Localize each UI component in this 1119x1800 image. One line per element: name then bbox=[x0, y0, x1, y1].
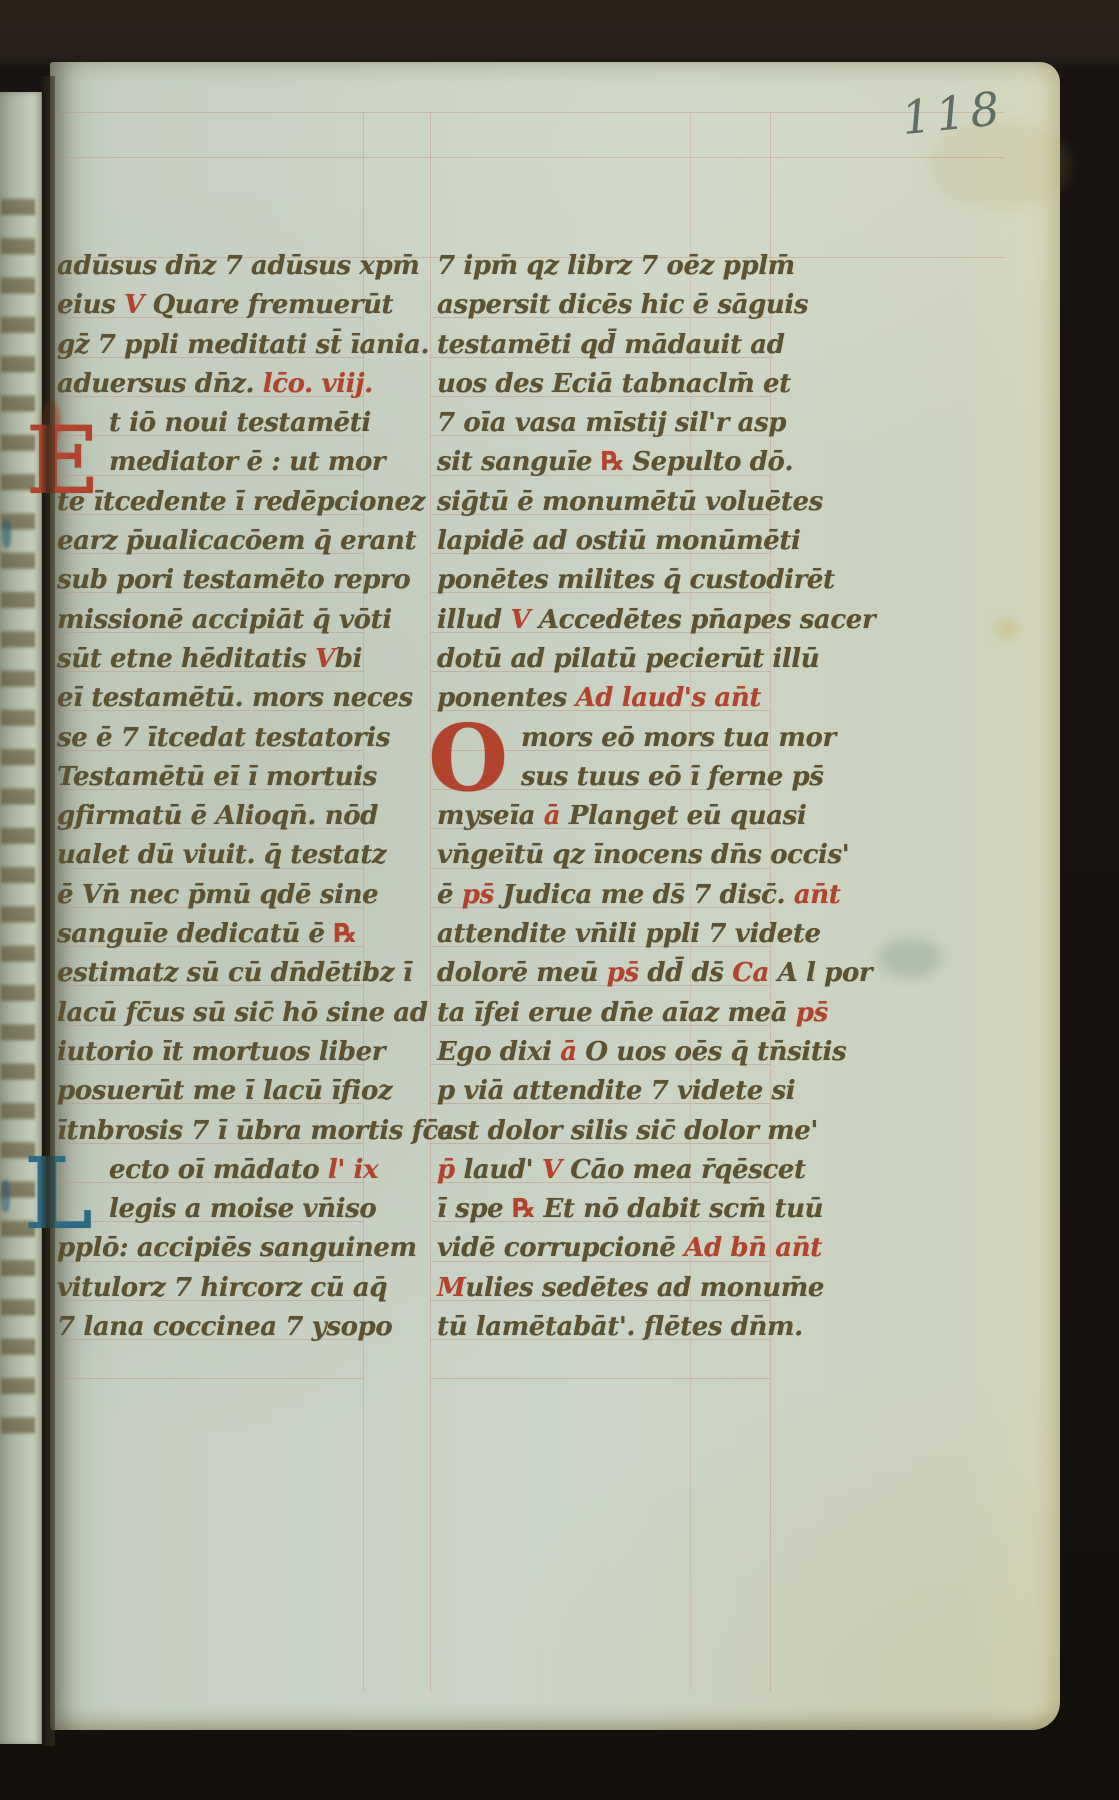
text-segment: aduersus dn̄z. bbox=[57, 369, 263, 399]
rubric-segment: p̄ bbox=[437, 1155, 463, 1185]
text-line: Testamētū eī ī mortuis bbox=[57, 758, 373, 797]
initial-letter: O bbox=[428, 712, 508, 804]
text-segment: A l por bbox=[778, 958, 873, 988]
initial-letter: E bbox=[26, 414, 98, 508]
marginal-mark bbox=[1, 1180, 10, 1212]
rubric-segment: V bbox=[542, 1155, 570, 1185]
text-line: p viā attendite 7 videte si bbox=[437, 1072, 789, 1111]
rubric-segment: ℞ bbox=[333, 919, 356, 949]
text-line: sit sanguīe ℞ Sepulto dō. bbox=[437, 443, 789, 482]
text-line: sūt etne hēditatis Vbi bbox=[57, 640, 373, 679]
text-segment: ī spe bbox=[437, 1194, 512, 1224]
text-line: 7 oīa vasa mīstij sil'r asp bbox=[437, 404, 789, 443]
text-segment: ītnbrosis 7 ī ūbra mortis fc̄a bbox=[57, 1116, 454, 1146]
text-line: missionē accipiāt q̄ vōti bbox=[57, 601, 373, 640]
text-line: posuerūt me ī lacū īfioz bbox=[57, 1072, 373, 1111]
rubric-segment: ℞ bbox=[601, 447, 633, 477]
rubric-segment: ps̄ bbox=[607, 958, 648, 988]
text-segment: sūt etne hēditatis bbox=[57, 644, 315, 674]
text-segment: sanguīe dedicatū ē bbox=[57, 919, 333, 949]
facing-page-text-showthrough bbox=[1, 188, 35, 1444]
text-segment: t iō noui testamēti bbox=[109, 408, 371, 438]
text-segment: ponētes milites q̄ custodirēt bbox=[437, 565, 835, 595]
text-line: 7 lana coccinea 7 ysopo bbox=[57, 1308, 373, 1347]
rubric-segment: M bbox=[437, 1273, 465, 1303]
text-segment: adūsus dn̄z 7 adūsus xpm̄ bbox=[57, 251, 419, 281]
text-line: sub pori testamēto repro bbox=[57, 561, 373, 600]
text-line: Mulies sedētes ad monum̄e bbox=[437, 1269, 789, 1308]
text-line: ē Vn̄ nec p̄mū qdē sine bbox=[57, 876, 373, 915]
text-line: 7 ipm̄ qz librz 7 oēz pplm̄ bbox=[437, 247, 789, 286]
text-segment: laud' bbox=[463, 1155, 541, 1185]
parchment-stain bbox=[878, 938, 942, 978]
rubric-segment: V bbox=[315, 644, 335, 674]
text-segment: bi bbox=[335, 644, 362, 674]
text-segment: Accedētes pn̄apes sacer bbox=[539, 605, 875, 635]
text-line: t iō noui testamēti bbox=[57, 404, 373, 443]
rubric-segment: ā bbox=[560, 1037, 585, 1067]
text-line: ē ps̄ Judica me ds̄ 7 disc̄. an̄t bbox=[437, 876, 789, 915]
text-segment: posuerūt me ī lacū īfioz bbox=[57, 1076, 392, 1106]
text-line: estimatz sū cū dn̄dētibz ī bbox=[57, 954, 373, 993]
text-segment: dolorē meū bbox=[437, 958, 607, 988]
text-segment: ecto oī mādato bbox=[109, 1155, 328, 1185]
text-segment: O uos oēs q̄ tn̄sitis bbox=[585, 1037, 846, 1067]
facing-page-edge bbox=[0, 92, 42, 1744]
text-segment: Cāo mea r̄qēscet bbox=[570, 1155, 805, 1185]
text-segment: mediator ē : ut mor bbox=[109, 447, 385, 477]
text-segment: dd̄ ds̄ bbox=[647, 958, 732, 988]
text-line: ī spe ℞ Et nō dabit scm̄ tuū bbox=[437, 1190, 789, 1229]
text-segment: Testamētū eī ī mortuis bbox=[57, 762, 377, 792]
text-line: te ītcedente ī redēpcionez bbox=[57, 483, 373, 522]
rubric-segment: ℞ bbox=[512, 1194, 544, 1224]
text-line: ponētes milites q̄ custodirēt bbox=[437, 561, 789, 600]
text-segment: eius bbox=[57, 290, 124, 320]
text-segment: attendite vn̄ili ppli 7 videte bbox=[437, 919, 821, 949]
text-line: dotū ad pilatū pecierūt illū bbox=[437, 640, 789, 679]
text-line: adūsus dn̄z 7 adūsus xpm̄ bbox=[57, 247, 373, 286]
text-line: eī testamētū. mors neces bbox=[57, 679, 373, 718]
initial-letter: L bbox=[24, 1146, 93, 1244]
text-segment: est dolor silis sic̄ dolor me' bbox=[437, 1116, 818, 1146]
text-segment: aspersit dicēs hic ē sāguis bbox=[437, 290, 808, 320]
rubric-segment: ps̄ bbox=[796, 998, 828, 1028]
text-line: attendite vn̄ili ppli 7 videte bbox=[437, 915, 789, 954]
text-segment: earz p̄ualicacōem q̄ erant bbox=[57, 526, 416, 556]
text-segment: legis a moise vn̄iso bbox=[109, 1194, 376, 1224]
text-line: uos des Eciā tabnaclm̄ et bbox=[437, 365, 789, 404]
text-line: siḡtū ē monumētū voluētes bbox=[437, 483, 789, 522]
text-line: est dolor silis sic̄ dolor me' bbox=[437, 1112, 789, 1151]
text-line: aduersus dn̄z. lc̄o. viij. bbox=[57, 365, 373, 404]
text-line: ecto oī mādato l' ix bbox=[57, 1151, 373, 1190]
rubric-segment: ā bbox=[544, 801, 569, 831]
text-segment: ulies sedētes ad monum̄e bbox=[465, 1273, 824, 1303]
text-segment: estimatz sū cū dn̄dētibz ī bbox=[57, 958, 412, 988]
text-segment: vitulorz 7 hircorz cū aq̄ bbox=[57, 1273, 387, 1303]
text-segment: Sepulto dō. bbox=[632, 447, 793, 477]
text-line: illud V Accedētes pn̄apes sacer bbox=[437, 601, 789, 640]
rubric-segment: an̄t bbox=[794, 880, 841, 910]
text-segment: Quare fremuerūt bbox=[152, 290, 393, 320]
text-segment: 7 lana coccinea 7 ysopo bbox=[57, 1312, 392, 1342]
text-segment: tū lamētabāt'. flētes dn̄m. bbox=[437, 1312, 803, 1342]
text-line: ītnbrosis 7 ī ūbra mortis fc̄a bbox=[57, 1112, 373, 1151]
text-segment: p viā attendite 7 videte si bbox=[437, 1076, 795, 1106]
text-line: sanguīe dedicatū ē ℞ bbox=[57, 915, 373, 954]
text-segment: ē bbox=[437, 880, 462, 910]
text-segment: eī testamētū. mors neces bbox=[57, 683, 413, 713]
rubric-segment: lc̄o. viij. bbox=[263, 369, 373, 399]
marginal-mark bbox=[2, 520, 11, 548]
text-line: ualet dū viuit. q̄ testatz bbox=[57, 836, 373, 875]
text-line: tū lamētabāt'. flētes dn̄m. bbox=[437, 1308, 789, 1347]
text-line: aspersit dicēs hic ē sāguis bbox=[437, 286, 789, 325]
text-line: testamēti qd̄ mādauit ad bbox=[437, 326, 789, 365]
text-line: se ē 7 ītcedat testatoris bbox=[57, 719, 373, 758]
rubric-segment: Ad laud's an̄t bbox=[576, 683, 761, 713]
text-segment: ta īfei erue dn̄e aīaz meā bbox=[437, 998, 796, 1028]
text-segment: 7 ipm̄ qz librz 7 oēz pplm̄ bbox=[437, 251, 795, 281]
text-line: mediator ē : ut mor bbox=[57, 443, 373, 482]
text-segment: siḡtū ē monumētū voluētes bbox=[437, 487, 823, 517]
parchment-stain bbox=[996, 620, 1018, 638]
rubric-segment: Ca bbox=[732, 958, 777, 988]
text-segment: se ē 7 ītcedat testatoris bbox=[57, 723, 390, 753]
text-line: gfirmatū ē Alioqn̄. nōd bbox=[57, 797, 373, 836]
text-segment: Judica me ds̄ 7 disc̄. bbox=[502, 880, 793, 910]
text-column-left: adūsus dn̄z 7 adūsus xpm̄eius V Quare fr… bbox=[57, 247, 373, 1347]
text-line: lapidē ad ostiū monūmēti bbox=[437, 522, 789, 561]
text-line: legis a moise vn̄iso bbox=[57, 1190, 373, 1229]
text-segment: iutorio īt mortuos liber bbox=[57, 1037, 385, 1067]
text-line: Ego dixi ā O uos oēs q̄ tn̄sitis bbox=[437, 1033, 789, 1072]
text-line: vn̄geītū qz īnocens dn̄s occis' bbox=[437, 836, 789, 875]
manuscript-photo: adūsus dn̄z 7 adūsus xpm̄eius V Quare fr… bbox=[0, 0, 1119, 1800]
text-segment: uos des Eciā tabnaclm̄ et bbox=[437, 369, 791, 399]
text-segment: dotū ad pilatū pecierūt illū bbox=[437, 644, 819, 674]
text-segment: ē Vn̄ nec p̄mū qdē sine bbox=[57, 880, 378, 910]
text-line: vidē corrupcionē Ad bn̄ an̄t bbox=[437, 1229, 789, 1268]
text-segment: lapidē ad ostiū monūmēti bbox=[437, 526, 800, 556]
text-segment: vn̄geītū qz īnocens dn̄s occis' bbox=[437, 840, 849, 870]
text-segment: sit sanguīe bbox=[437, 447, 601, 477]
rubric-segment: Ad bn̄ an̄t bbox=[684, 1233, 822, 1263]
text-segment: lacū fc̄us sū sic̄ hō sine ad bbox=[57, 998, 428, 1028]
text-segment: testamēti qd̄ mādauit ad bbox=[437, 330, 785, 360]
text-segment: vidē corrupcionē bbox=[437, 1233, 684, 1263]
text-line: iutorio īt mortuos liber bbox=[57, 1033, 373, 1072]
rubric-segment: l' ix bbox=[328, 1155, 378, 1185]
text-segment: gfirmatū ē Alioqn̄. nōd bbox=[57, 801, 378, 831]
rubric-segment: V bbox=[510, 605, 538, 635]
text-segment: Ego dixi bbox=[437, 1037, 560, 1067]
text-line: gz̄ 7 ppli meditati st̄ īania. bbox=[57, 326, 373, 365]
text-segment: mors eō mors tua mor bbox=[521, 723, 836, 753]
text-segment: gz̄ 7 ppli meditati st̄ īania. bbox=[57, 330, 429, 360]
text-segment: sus tuus eō ī ferne ps̄ bbox=[521, 762, 824, 792]
text-line: lacū fc̄us sū sic̄ hō sine ad bbox=[57, 994, 373, 1033]
text-segment: te ītcedente ī redēpcionez bbox=[57, 487, 425, 517]
text-line: dolorē meū ps̄ dd̄ ds̄ Ca A l por bbox=[437, 954, 789, 993]
text-segment: Et nō dabit scm̄ tuū bbox=[544, 1194, 824, 1224]
gutter-shadow bbox=[41, 76, 55, 1746]
text-segment: pplō: accipiēs sanguinem bbox=[57, 1233, 417, 1263]
text-line: vitulorz 7 hircorz cū aq̄ bbox=[57, 1269, 373, 1308]
text-segment: missionē accipiāt q̄ vōti bbox=[57, 605, 392, 635]
text-line: p̄ laud' V Cāo mea r̄qēscet bbox=[437, 1151, 789, 1190]
text-line: earz p̄ualicacōem q̄ erant bbox=[57, 522, 373, 561]
text-segment: Planget eū quasi bbox=[569, 801, 807, 831]
text-line: pplō: accipiēs sanguinem bbox=[57, 1229, 373, 1268]
rubric-segment: ps̄ bbox=[462, 880, 503, 910]
text-segment: illud bbox=[437, 605, 510, 635]
text-line: ta īfei erue dn̄e aīaz meā ps̄ bbox=[437, 994, 789, 1033]
rubric-segment: V bbox=[124, 290, 152, 320]
text-segment: sub pori testamēto repro bbox=[57, 565, 410, 595]
text-segment: ualet dū viuit. q̄ testatz bbox=[57, 840, 386, 870]
text-segment: 7 oīa vasa mīstij sil'r asp bbox=[437, 408, 786, 438]
text-line: eius V Quare fremuerūt bbox=[57, 286, 373, 325]
